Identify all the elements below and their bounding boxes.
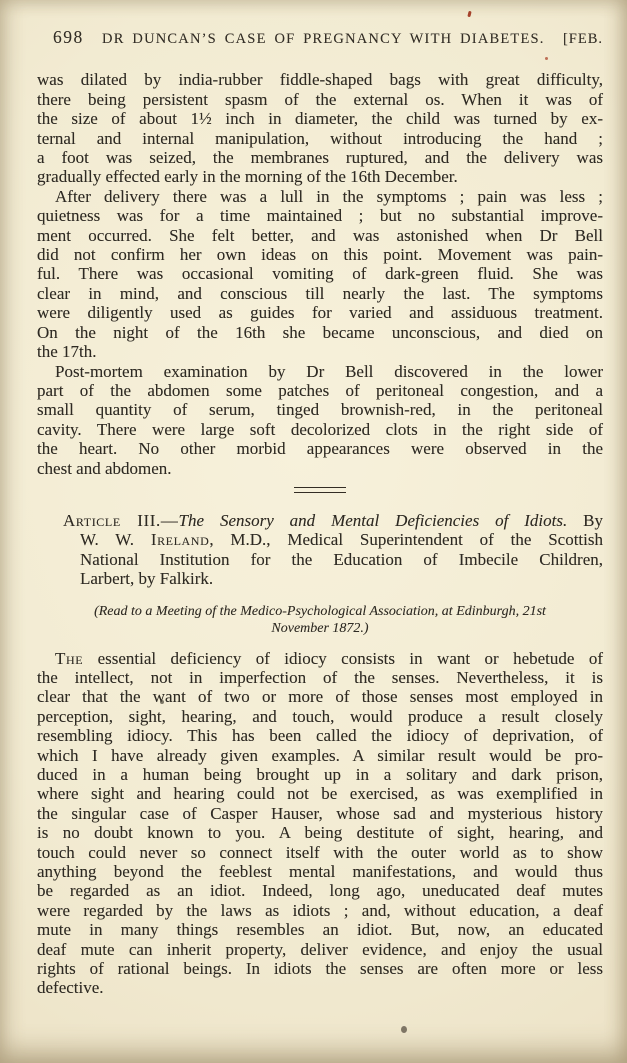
text-line: Larbert, by Falkirk.	[80, 569, 603, 588]
text-line: duced in a human being brought up in a s…	[37, 765, 603, 784]
scanned-journal-page: 698 DR DUNCAN’S CASE OF PREGNANCY WITH D…	[0, 0, 627, 1063]
text-line: perception, sight, hearing, and touch, w…	[37, 707, 603, 726]
paper-speck	[545, 57, 548, 60]
text-line: National Institution for the Education o…	[80, 550, 603, 569]
text-line: ful. There was occasional vomiting of da…	[37, 264, 603, 283]
text-line: the 17th.	[37, 342, 603, 361]
issue-label: [FEB.	[563, 30, 603, 49]
text-line: anything beyond the feeblest mental mani…	[37, 862, 603, 881]
text-line: resembling idiocy. This has been called …	[37, 726, 603, 745]
text-blocks: was dilated by india-rubber fiddle-shape…	[37, 70, 603, 997]
text-line: there being persistent spasm of the exte…	[37, 90, 603, 109]
text-line: which I have already given examples. A s…	[37, 746, 603, 765]
text-line: Post-mortem examination by Dr Bell disco…	[37, 362, 603, 381]
text-line: ternal and internal manipulation, withou…	[37, 129, 603, 148]
paper-speck	[401, 1026, 407, 1033]
text-line: the intellect, not in imperfection of th…	[37, 668, 603, 687]
text-line: The essential deficiency of idiocy consi…	[37, 649, 603, 668]
section-divider	[294, 487, 346, 493]
text-line: were regarded by the laws as idiots ; an…	[37, 901, 603, 920]
text-line: defective.	[37, 978, 603, 997]
text-line: was dilated by india-rubber fiddle-shape…	[37, 70, 603, 89]
text-line: W. W. Ireland, M.D., Medical Superintend…	[80, 530, 603, 549]
text-line: (Read to a Meeting of the Medico-Psychol…	[37, 603, 603, 621]
text-line: part of the abdomen some patches of peri…	[37, 381, 603, 400]
running-title: DR DUNCAN’S CASE OF PREGNANCY WITH DIABE…	[84, 30, 563, 49]
text-line: gradually effected early in the morning …	[37, 167, 603, 186]
text-line: chest and abdomen.	[37, 459, 603, 478]
text-line: touch could never so connect itself with…	[37, 843, 603, 862]
text-line: clear that the want of two or more of th…	[37, 687, 603, 706]
text-line: where sight and hearing could not be exe…	[37, 784, 603, 803]
text-line: cavity. There were large soft decolorize…	[37, 420, 603, 439]
text-line: mute in many things resembles an idiot. …	[37, 920, 603, 939]
text-line: rights of rational beings. In idiots the…	[37, 959, 603, 978]
text-line: the heart. No other morbid appearances w…	[37, 439, 603, 458]
text-line: the size of about 1½ inch in diameter, t…	[37, 109, 603, 128]
text-line: did not confirm her own ideas on this po…	[37, 245, 603, 264]
paper-speck	[467, 11, 471, 18]
case-report-paragraph-3: Post-mortem examination by Dr Bell disco…	[37, 362, 603, 478]
article-paragraph-1: The essential deficiency of idiocy consi…	[37, 649, 603, 998]
text-line: ment occurred. She felt better, and was …	[37, 226, 603, 245]
text-line: small quantity of serum, tinged brownish…	[37, 400, 603, 419]
text-line: After delivery there was a lull in the s…	[37, 187, 603, 206]
text-line: the singular case of Casper Hauser, whos…	[37, 804, 603, 823]
page-number: 698	[53, 28, 84, 47]
text-line: deaf mute can inherit property, deliver …	[37, 940, 603, 959]
text-line: clear in mind, and conscious till nearly…	[37, 284, 603, 303]
article-heading: Article III.—The Sensory and Mental Defi…	[37, 511, 603, 589]
text-line: quietness was for a time maintained ; bu…	[37, 206, 603, 225]
text-line: Article III.—The Sensory and Mental Defi…	[80, 511, 603, 530]
page-header: 698 DR DUNCAN’S CASE OF PREGNANCY WITH D…	[37, 28, 603, 49]
presentation-note: (Read to a Meeting of the Medico-Psychol…	[37, 603, 603, 638]
text-line: is no doubt known to you. A being destit…	[37, 823, 603, 842]
text-line: were diligently used as guides for varie…	[37, 303, 603, 322]
case-report-paragraph-1: was dilated by india-rubber fiddle-shape…	[37, 70, 603, 186]
text-line: November 1872.)	[37, 620, 603, 638]
text-line: be regarded as an idiot. Indeed, long ag…	[37, 881, 603, 900]
text-line: a foot was seized, the membranes rupture…	[37, 148, 603, 167]
case-report-paragraph-2: After delivery there was a lull in the s…	[37, 187, 603, 362]
text-line: On the night of the 16th she became unco…	[37, 323, 603, 342]
